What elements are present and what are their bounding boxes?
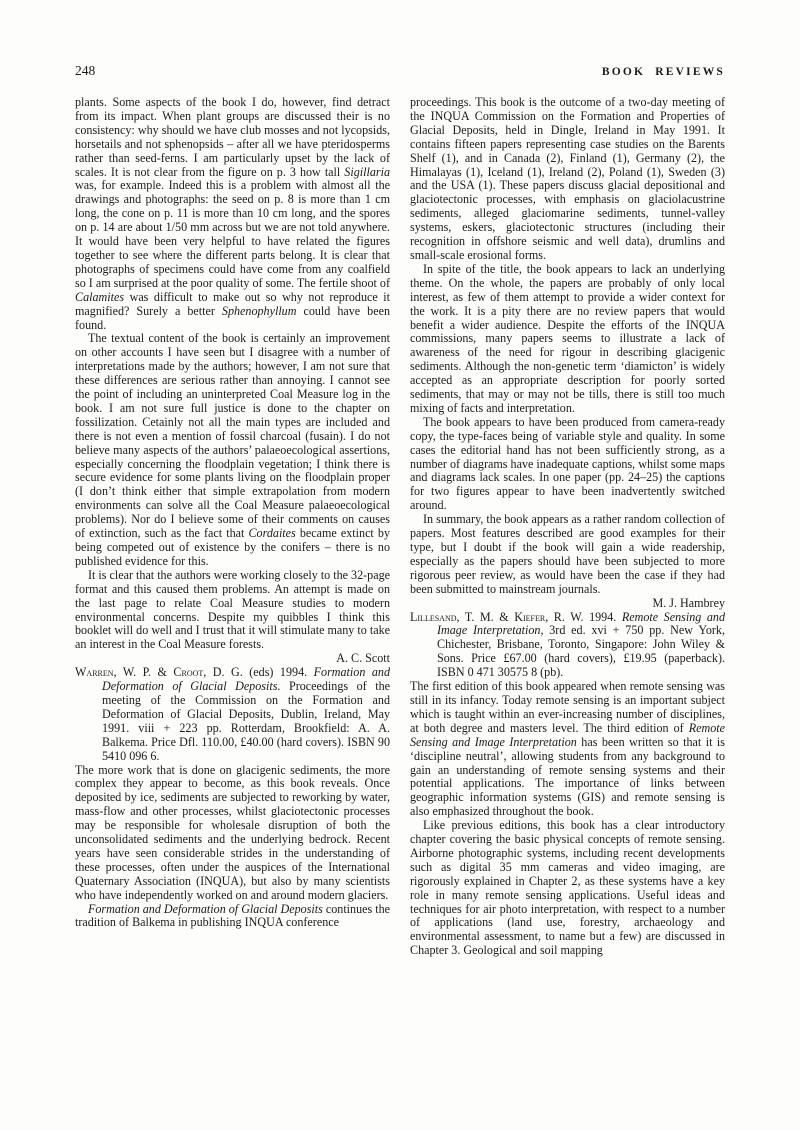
- review-paragraph: It is clear that the authors were workin…: [75, 569, 390, 652]
- running-head: BOOK REVIEWS: [602, 66, 725, 78]
- right-column: proceedings. This book is the outcome of…: [410, 96, 725, 958]
- review-paragraph: The book appears to have been produced f…: [410, 416, 725, 513]
- left-column: plants. Some aspects of the book I do, h…: [75, 96, 390, 958]
- review-paragraph: Formation and Deformation of Glacial Dep…: [75, 903, 390, 931]
- review-paragraph: The textual content of the book is certa…: [75, 332, 390, 568]
- book-reference: Warren, W. P. & Croot, D. G. (eds) 1994.…: [75, 666, 390, 763]
- book-reference: Lillesand, T. M. & Kiefer, R. W. 1994. R…: [410, 611, 725, 681]
- journal-page: 248 BOOK REVIEWS plants. Some aspects of…: [0, 0, 800, 1131]
- review-paragraph: plants. Some aspects of the book I do, h…: [75, 96, 390, 332]
- review-paragraph: proceedings. This book is the outcome of…: [410, 96, 725, 263]
- page-number: 248: [75, 63, 95, 79]
- review-paragraph: Like previous editions, this book has a …: [410, 819, 725, 958]
- review-paragraph: The more work that is done on glacigenic…: [75, 764, 390, 903]
- review-paragraph: In spite of the title, the book appears …: [410, 263, 725, 416]
- reviewer-signature: M. J. Hambrey: [410, 597, 725, 611]
- review-paragraph: The first edition of this book appeared …: [410, 680, 725, 819]
- reviewer-signature: A. C. Scott: [75, 652, 390, 666]
- review-paragraph: In summary, the book appears as a rather…: [410, 513, 725, 596]
- two-column-layout: plants. Some aspects of the book I do, h…: [75, 96, 725, 958]
- page-header: 248 BOOK REVIEWS: [75, 63, 725, 79]
